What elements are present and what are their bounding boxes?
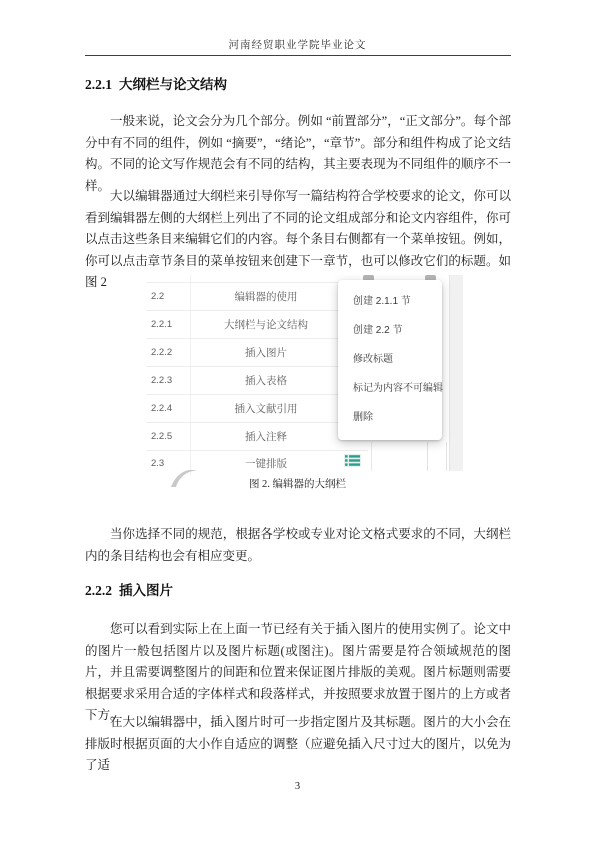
- outline-row-number: 2.2.3: [146, 367, 191, 394]
- outline-panel: 2.2编辑器的使用2.2.1大纲栏与论文结构2.2.2插入图片2.2.3插入表格…: [146, 275, 368, 475]
- outline-row-label: 插入注释: [191, 423, 341, 450]
- context-menu-item: 创建 2.2 节: [338, 316, 442, 345]
- outline-row: 2.2.2插入图片: [146, 339, 368, 367]
- page-number: 3: [0, 781, 595, 792]
- background-strip: [427, 442, 447, 471]
- header-rule: [85, 55, 511, 56]
- outline-row: 2.2.4插入文献引用: [146, 395, 368, 423]
- outline-row-number: 2.2.1: [146, 311, 191, 338]
- page-header: 河南经贸职业学院毕业论文: [0, 39, 595, 52]
- section-number: 2.2.1: [85, 77, 112, 92]
- outline-row-number: 2.2.4: [146, 395, 191, 422]
- figure-caption: 图 2. 编辑器的大纲栏: [0, 478, 595, 492]
- outline-row: 2.2.3插入表格: [146, 367, 368, 395]
- outline-row-label: 插入图片: [191, 339, 341, 366]
- outline-row-number: 2.2.2: [146, 339, 191, 366]
- section-title: 大纲栏与论文结构: [119, 77, 227, 92]
- outline-row-label: 插入表格: [191, 367, 341, 394]
- context-menu-item: 删除: [338, 403, 442, 432]
- outline-row-label: 插入文献引用: [191, 395, 341, 422]
- outline-row-label: 一键排版: [191, 451, 341, 475]
- paragraph: 当你选择不同的规范，根据各学校或专业对论文格式要求的不同，大纲栏内的条目结构也会…: [85, 524, 511, 567]
- context-menu-item: 标记为内容不可编辑: [338, 374, 442, 403]
- paragraph: 您可以看到实际上在上面一节已经有关于插入图片的使用实例了。论文中的图片一般包括图…: [85, 619, 511, 727]
- format-list-icon: [344, 454, 361, 467]
- paragraph: 一般来说，论文会分为几个部分。例如 “前置部分”，“正文部分”。每个部分中有不同…: [85, 111, 511, 197]
- outline-row: 2.2.1大纲栏与论文结构: [146, 311, 368, 339]
- outline-row-partial: [146, 275, 368, 283]
- outline-row: 2.2.5插入注释: [146, 423, 368, 451]
- paragraph: 在大以编辑器中，插入图片时可一步指定图片及其标题。图片的大小会在排版时根据页面的…: [85, 712, 511, 777]
- header-title: 河南经贸职业学院毕业论文: [229, 40, 367, 51]
- outline-row: 2.2编辑器的使用: [146, 283, 368, 311]
- outline-row-label: 大纲栏与论文结构: [191, 311, 341, 338]
- section-title: 插入图片: [119, 583, 173, 598]
- background-line: [371, 442, 372, 471]
- section-number: 2.2.2: [85, 583, 112, 598]
- outline-row-number: 2.2.5: [146, 423, 191, 450]
- section-heading-2-2-2: 2.2.2插入图片: [85, 584, 173, 598]
- background-scroll-strip: [449, 275, 463, 471]
- outline-row-number: 2.2: [146, 283, 191, 310]
- figure-outline-screenshot: 2.2编辑器的使用2.2.1大纲栏与论文结构2.2.2插入图片2.2.3插入表格…: [146, 275, 463, 471]
- outline-row-label: 编辑器的使用: [191, 283, 341, 310]
- list-icon-bars: [345, 455, 360, 466]
- context-menu-item: 创建 2.1.1 节: [338, 287, 442, 316]
- context-menu-item: 修改标题: [338, 345, 442, 374]
- context-menu: 创建 2.1.1 节创建 2.2 节修改标题标记为内容不可编辑删除: [338, 280, 442, 440]
- section-heading-2-2-1: 2.2.1大纲栏与论文结构: [85, 78, 227, 92]
